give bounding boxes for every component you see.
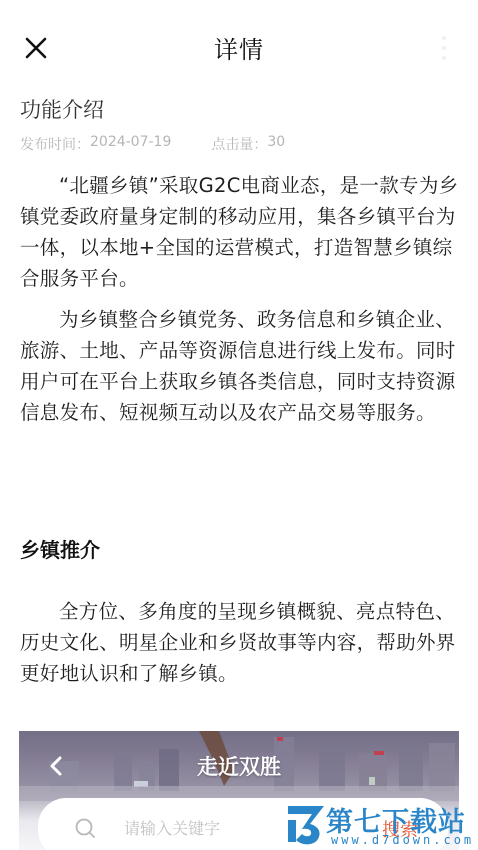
watermark-url: www.d7down.com <box>331 833 474 847</box>
clicks-label: 点击量： <box>211 134 267 154</box>
paragraph-promo: 全方位、多角度的呈现乡镇概貌、亮点特色、历史文化、明星企业和乡贤故事等内容，帮助… <box>20 596 460 689</box>
d7-logo-icon <box>284 802 328 846</box>
publish-date: 2024-07-19 <box>90 134 171 154</box>
article-meta: 发布时间： 2024-07-19 点击量： 30 <box>20 134 285 154</box>
publish-label: 发布时间： <box>20 134 90 154</box>
paragraph-features: 为乡镇整合乡镇党务、政务信息和乡镇企业、旅游、土地、产品等资源信息进行线上发布。… <box>20 304 460 428</box>
search-icon <box>74 817 96 839</box>
top-bar: 详情 <box>0 0 478 92</box>
page-title: 详情 <box>0 30 478 65</box>
article-title: 功能介绍 <box>20 94 104 124</box>
paragraph-intro: “北疆乡镇”采取G2C电商业态，是一款专为乡镇党委政府量身定制的移动应用，集各乡… <box>20 170 460 294</box>
more-vertical-icon <box>442 36 446 40</box>
watermark: 第七下载站 www.d7down.com <box>284 800 478 850</box>
banner-title: 走近双胜 <box>19 751 459 781</box>
more-button[interactable] <box>440 36 448 60</box>
more-dot <box>442 46 446 50</box>
clicks-count: 30 <box>267 134 285 154</box>
more-dot <box>442 56 446 60</box>
section-title: 乡镇推介 <box>20 534 100 563</box>
